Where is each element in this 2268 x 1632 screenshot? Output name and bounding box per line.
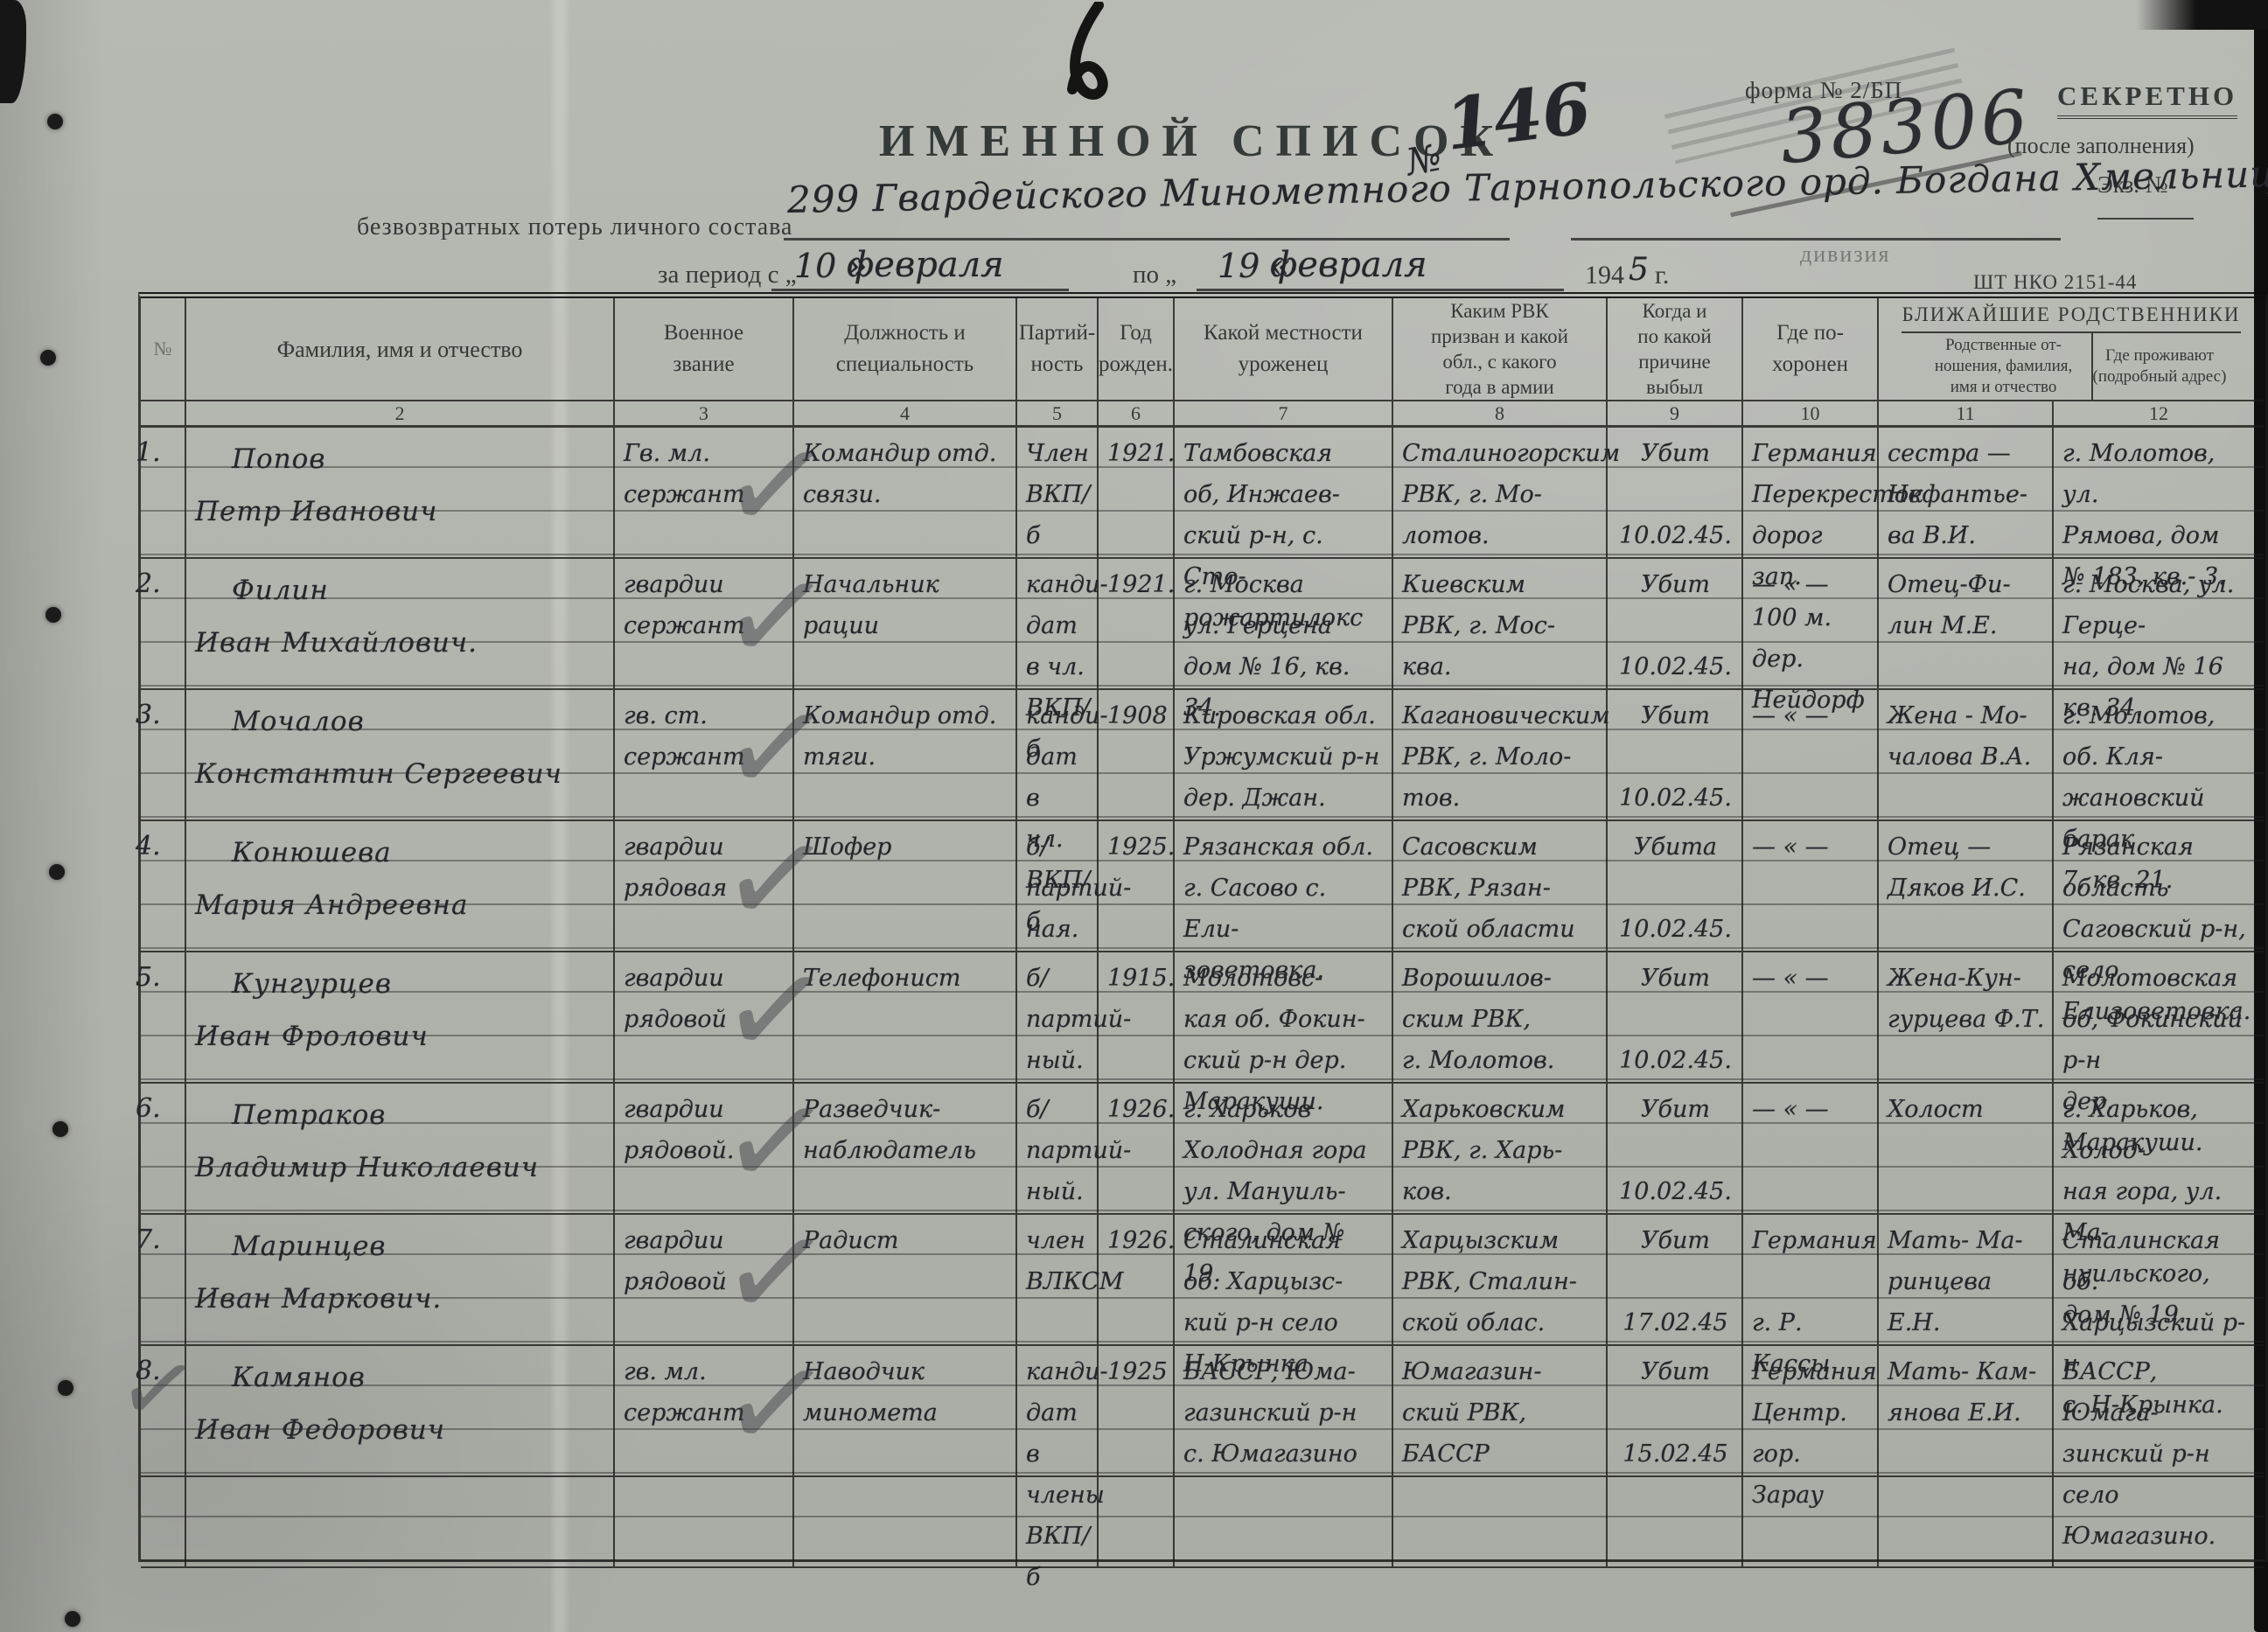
- row-number: 2.: [136, 568, 161, 599]
- cell-rank: ✓гв. мл. сержант: [615, 1346, 794, 1477]
- column-number-row: 2 3 4 5 6 7 8 9 10 11 12: [141, 401, 2265, 428]
- cell-drafted-by: Юмагазин- ский РВК, БАССР: [1393, 1346, 1608, 1477]
- copy-number-blank: [2097, 218, 2194, 220]
- table-row-cell: ✓8.: [141, 1346, 186, 1477]
- period-prefix: за период с „: [658, 261, 797, 289]
- col-header-burial: Где по- хоронен: [1743, 298, 1879, 401]
- row-number: 3.: [136, 700, 161, 730]
- cell-drafted-by: Харьковским РВК, г. Харь- ков.: [1393, 1084, 1608, 1215]
- form-underline: [1197, 289, 1564, 291]
- row-number: 5.: [136, 962, 161, 993]
- period-month-to: февраля: [1270, 245, 1427, 285]
- cell-birth-year: 1926.: [1099, 1084, 1175, 1215]
- col-header-index: №: [141, 298, 186, 401]
- cell-burial-place: — « —: [1743, 690, 1879, 821]
- col-header-position: Должность и специальность: [794, 298, 1017, 401]
- cell-burial-place: — « —: [1743, 1084, 1879, 1215]
- cell-party: канди- дат в члены ВКП/б: [1017, 1346, 1099, 1477]
- cell-relative: сестра — Нефантье- ва В.И.: [1879, 428, 2054, 559]
- year-handwritten: 5: [1629, 252, 1649, 288]
- ink-squiggle-icon: [1043, 2, 1156, 115]
- cell-birth-year: 1921.: [1099, 559, 1175, 690]
- table-row-cell: 2.: [141, 559, 186, 690]
- cell-rank: ✓гвардии рядовой: [615, 1215, 794, 1346]
- cell-rank: ✓гв. ст. сержант: [615, 690, 794, 821]
- cell-name: Кунгурцев Иван Фролович: [186, 952, 615, 1084]
- print-reference: ШТ НКО 2151-44: [1973, 271, 2137, 294]
- cell-party: Член ВКП/б: [1017, 428, 1099, 559]
- cell-birthplace: Тамбовская об, Инжаев- ский р-н, с. Сто-…: [1175, 428, 1393, 559]
- cell-relative-address: Молотовская об, Фокинский р-н дер. Марак…: [2054, 952, 2264, 1084]
- col-number: 12: [2054, 401, 2264, 428]
- col-number: 9: [1608, 401, 1743, 428]
- col-number: [141, 401, 186, 428]
- cell-birthplace: Рязанская обл. г. Сасово с. Ели- зоветов…: [1175, 821, 1393, 952]
- cell-party: б/партий- ный.: [1017, 952, 1099, 1084]
- cell-name: Попов Петр Иванович: [186, 428, 615, 559]
- col-number: 2: [186, 401, 615, 428]
- scan-corner-mark: [2137, 0, 2268, 30]
- cell-rank: ✓Гв. мл. сержант: [615, 428, 794, 559]
- cell-burial-place: — « —: [1743, 559, 1879, 690]
- division-label: дивизия: [1800, 241, 1890, 268]
- cell-rank: ✓гвардии сержант: [615, 559, 794, 690]
- cell-position: Командир отд. тяги.: [794, 690, 1017, 821]
- table-row-cell: 6.: [141, 1084, 186, 1215]
- form-underline: [1571, 238, 2061, 241]
- cell-position: Командир отд. связи.: [794, 428, 1017, 559]
- cell-relative: Отец-Фи- лин М.Е.: [1879, 559, 2054, 690]
- cell-relative-address: Сталинская об. Харцызский р-н с. Н-Крынк…: [2054, 1215, 2264, 1346]
- table-body: 1. Попов Петр Иванович ✓Гв. мл. сержант …: [141, 428, 2265, 1477]
- cell-birth-year: 1925.: [1099, 821, 1175, 952]
- cell-birthplace: г. Харьков Холодная гора ул. Мануиль- ск…: [1175, 1084, 1393, 1215]
- cell-relative-address: г. Молотов, об. Кля- жановский барак 7, …: [2054, 690, 2264, 821]
- cell-burial-place: Германия г. Р. Кассы: [1743, 1215, 1879, 1346]
- col-header-casualty: Когда и по какой причине выбыл: [1608, 298, 1743, 401]
- punch-hole: [65, 1611, 80, 1627]
- cell-name: Маринцев Иван Маркович.: [186, 1215, 615, 1346]
- cell-birthplace: Молотовс- кая об. Фокин- ский р-н дер. М…: [1175, 952, 1393, 1084]
- period-month-from: февраля: [847, 245, 1004, 285]
- cell-rank: ✓гвардии рядовой.: [615, 1084, 794, 1215]
- cell-birth-year: 1921.: [1099, 428, 1175, 559]
- col-header-relative-address: Где проживают (подробный адрес): [2093, 333, 2227, 400]
- cell-casualty: Убит 10.02.45.: [1608, 690, 1743, 821]
- cell-casualty: Убит 10.02.45.: [1608, 1084, 1743, 1215]
- form-underline: [784, 238, 1510, 241]
- cell-birth-year: 1908: [1099, 690, 1175, 821]
- cell-name: Конюшева Мария Андреевна: [186, 821, 615, 952]
- cell-party: б/партий- ный.: [1017, 1084, 1099, 1215]
- col-header-rank: Военное звание: [615, 298, 794, 401]
- cell-birth-year: 1915.: [1099, 952, 1175, 1084]
- cell-birthplace: БАССР, Юма- газинский р-н с. Юмагазино: [1175, 1346, 1393, 1477]
- cell-relative-address: БАССР, Юмага- зинский р-н село Юмагазино…: [2054, 1346, 2264, 1477]
- cell-casualty: Убит 10.02.45.: [1608, 952, 1743, 1084]
- row-number: 6.: [136, 1093, 161, 1124]
- col-number: 7: [1175, 401, 1393, 428]
- relatives-group-title: БЛИЖАЙШИЕ РОДСТВЕННИКИ: [1902, 298, 2240, 333]
- col-number: 3: [615, 401, 794, 428]
- punch-hole: [52, 1121, 68, 1137]
- cell-casualty: Убит 17.02.45: [1608, 1215, 1743, 1346]
- table-header-row: № Фамилия, имя и отчество Военное звание…: [141, 298, 2265, 401]
- scan-corner-mark: [0, 0, 26, 103]
- cell-relative: Холост: [1879, 1084, 2054, 1215]
- cell-relative: Мать- Ма- ринцева Е.Н.: [1879, 1215, 2054, 1346]
- cell-rank: ✓гвардии рядовой: [615, 952, 794, 1084]
- col-number: 5: [1017, 401, 1099, 428]
- subtitle-printed: безвозвратных потерь личного состава: [357, 213, 792, 241]
- punch-hole: [40, 350, 56, 366]
- cell-relative: Отец — Дяков И.С.: [1879, 821, 2054, 952]
- cell-party: б/партий- ная.: [1017, 821, 1099, 952]
- punch-hole: [49, 864, 65, 880]
- row-number: 7.: [136, 1224, 161, 1255]
- col-number: 4: [794, 401, 1017, 428]
- row-number: 4.: [136, 831, 161, 861]
- cell-party: канди- дат в чл. ВКП/б: [1017, 559, 1099, 690]
- cell-burial-place: — « —: [1743, 821, 1879, 952]
- cell-relative-address: г. Москва, ул. Герце- на, дом № 16 кв. 3…: [2054, 559, 2264, 690]
- cell-name: Мочалов Константин Сергеевич: [186, 690, 615, 821]
- cell-relative-address: г. Молотов, ул. Рямова, дом № 183, кв.- …: [2054, 428, 2264, 559]
- col-number: 11: [1879, 401, 2054, 428]
- cell-drafted-by: Харцызским РВК, Сталин- ской облас.: [1393, 1215, 1608, 1346]
- cell-position: Начальник рации: [794, 559, 1017, 690]
- col-header-relatives-group: БЛИЖАЙШИЕ РОДСТВЕННИКИ Родственные от- н…: [1879, 298, 2264, 401]
- cell-position: Разведчик- наблюдатель: [794, 1084, 1017, 1215]
- cell-name: Петраков Владимир Николаевич: [186, 1084, 615, 1215]
- cell-drafted-by: Ворошилов- ским РВК, г. Молотов.: [1393, 952, 1608, 1084]
- cell-party: член ВЛКСМ: [1017, 1215, 1099, 1346]
- year-printed: 194: [1585, 261, 1624, 290]
- cell-rank: ✓гвардии рядовая: [615, 821, 794, 952]
- cell-position: Шофер: [794, 821, 1017, 952]
- cell-burial-place: Германия Перекресток дорог зап. 100 м. д…: [1743, 428, 1879, 559]
- cell-drafted-by: Сталиногорским РВК, г. Мо- лотов.: [1393, 428, 1608, 559]
- cell-relative-address: г. Харьков, Холод- ная гора, ул. Ма- нуи…: [2054, 1084, 2264, 1215]
- cell-burial-place: Германия Центр. гор. Зарау: [1743, 1346, 1879, 1477]
- cell-position: Телефонист: [794, 952, 1017, 1084]
- table-row-cell: 1.: [141, 428, 186, 559]
- col-header-birthplace: Какой местности уроженец: [1175, 298, 1393, 401]
- col-header-party: Партий- ность: [1017, 298, 1099, 401]
- col-number: 6: [1099, 401, 1175, 428]
- table-row-cell: 3.: [141, 690, 186, 821]
- cell-casualty: Убит 15.02.45: [1608, 1346, 1743, 1477]
- cell-relative: Жена-Кун- гурцева Ф.Т.: [1879, 952, 2054, 1084]
- pencil-check-icon: ✓: [110, 1335, 206, 1443]
- scanned-document-page: форма № 2/БП СЕКРЕТНО 38306 (после запол…: [0, 0, 2268, 1632]
- cell-drafted-by: Кагановическим РВК, г. Моло- тов.: [1393, 690, 1608, 821]
- cell-name: Филин Иван Михайлович.: [186, 559, 615, 690]
- cell-drafted-by: Сасовским РВК, Рязан- ской области: [1393, 821, 1608, 952]
- row-number: 1.: [136, 437, 161, 468]
- table-row-cell: 7.: [141, 1215, 186, 1346]
- cell-birthplace: Кировская обл. Уржумский р-н дер. Джан.: [1175, 690, 1393, 821]
- period-middle: по „: [1133, 261, 1176, 289]
- punch-hole: [58, 1380, 73, 1396]
- table-row-cell: 5.: [141, 952, 186, 1084]
- col-number: 10: [1743, 401, 1879, 428]
- table-row-cell: 4.: [141, 821, 186, 952]
- cell-casualty: Убит 10.02.45.: [1608, 559, 1743, 690]
- cell-casualty: Убита 10.02.45.: [1608, 821, 1743, 952]
- cell-relative: Мать- Кам- янова Е.И.: [1879, 1346, 2054, 1477]
- cell-relative-address: Рязанская область Саговский р-н, село Ел…: [2054, 821, 2264, 952]
- casualty-table: № Фамилия, имя и отчество Военное звание…: [138, 292, 2268, 1562]
- cell-birthplace: Сталинская об. Харцызс- кий р-н село Н-К…: [1175, 1215, 1393, 1346]
- punch-hole: [47, 114, 63, 129]
- col-header-relative: Родственные от- ношения, фамилия, имя и …: [1916, 333, 2093, 400]
- empty-table-row: [141, 1477, 2265, 1568]
- cell-burial-place: — « —: [1743, 952, 1879, 1084]
- cell-drafted-by: Киевским РВК, г. Мос- ква.: [1393, 559, 1608, 690]
- col-header-drafted-by: Каким РВК призван и какой обл., с какого…: [1393, 298, 1608, 401]
- col-number: 8: [1393, 401, 1608, 428]
- cell-casualty: Убит 10.02.45.: [1608, 428, 1743, 559]
- col-header-name: Фамилия, имя и отчество: [186, 298, 615, 401]
- form-underline: [771, 289, 1069, 291]
- cell-position: Радист: [794, 1215, 1017, 1346]
- cell-birth-year: 1925: [1099, 1346, 1175, 1477]
- list-number-handwritten: 146: [1441, 66, 1595, 166]
- year-suffix: г.: [1655, 261, 1669, 290]
- punch-hole: [45, 607, 61, 623]
- cell-birthplace: г. Москва ул. Герцена дом № 16, кв. 34.: [1175, 559, 1393, 690]
- secret-stamp: СЕКРЕТНО: [2057, 80, 2237, 119]
- cell-position: Наводчик миномета: [794, 1346, 1017, 1477]
- cell-name: Камянов Иван Федорович: [186, 1346, 615, 1477]
- cell-relative: Жена - Мо- чалова В.А.: [1879, 690, 2054, 821]
- col-header-birth-year: Год рожден.: [1099, 298, 1175, 401]
- cell-birth-year: 1926.: [1099, 1215, 1175, 1346]
- cell-party: канди- дат в чл. ВКП/б: [1017, 690, 1099, 821]
